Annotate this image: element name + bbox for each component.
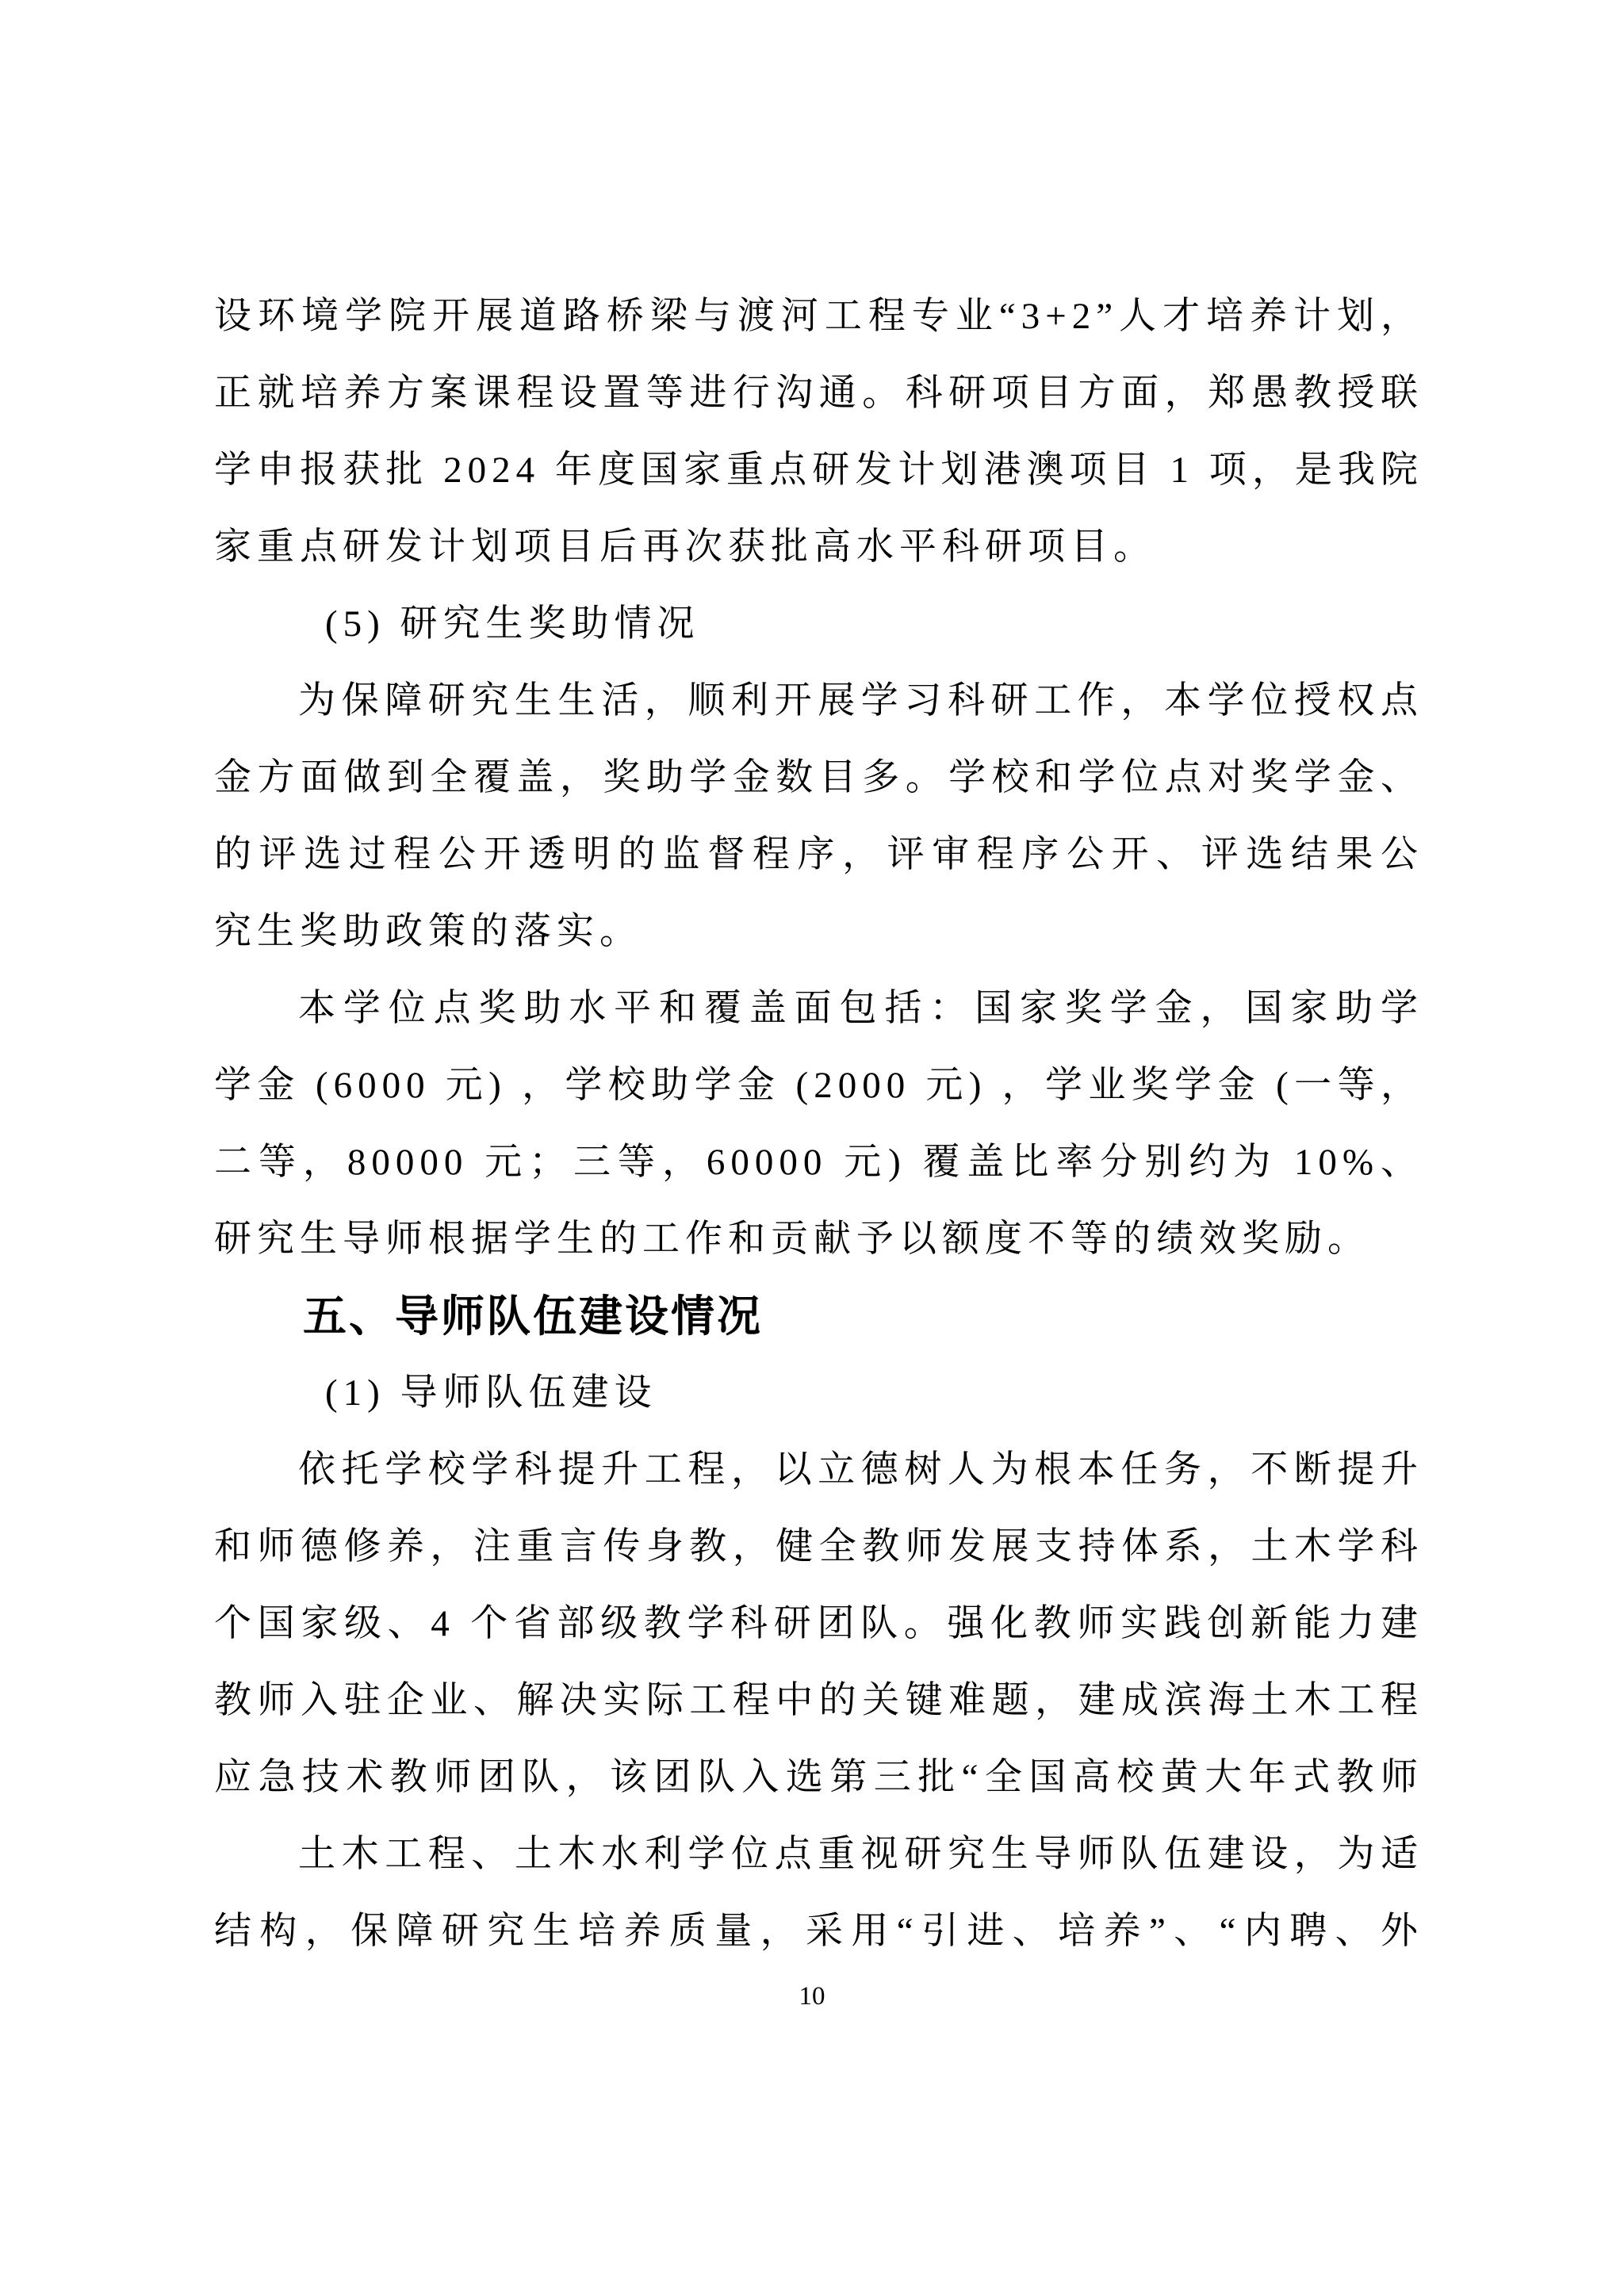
- text-line: 设环境学院开展道路桥梁与渡河工程专业“3+2”人才培养计划，双方现: [214, 278, 1423, 355]
- text-line: 个国家级、4 个省部级教学科研团队。强化教师实践创新能力建设，鼓励: [214, 1586, 1423, 1663]
- text-line: 的评选过程公开透明的监督程序，评审程序公开、评选结果公示，确保研: [214, 817, 1423, 894]
- text-line: 本学位点奖助水平和覆盖面包括：国家奖学金，国家助学金，新生助: [214, 970, 1423, 1047]
- text-line: 正就培养方案课程设置等进行沟通。科研项目方面，郑愚教授联合澳门大: [214, 355, 1423, 432]
- text-line: 二等，80000 元；三等，60000 元) 覆盖比率分别约为 10%、30%、…: [214, 1124, 1423, 1201]
- text-line: 家重点研发计划项目后再次获批高水平科研项目。: [214, 509, 1423, 586]
- subsection-heading: (1) 导师队伍建设: [214, 1355, 1423, 1432]
- section-heading: 五、导师队伍建设情况: [214, 1278, 1423, 1355]
- text-line: 学申报获批 2024 年度国家重点研发计划港澳项目 1 项，是我院继主持国: [214, 432, 1423, 509]
- document-page: 设环境学院开展道路桥梁与渡河工程专业“3+2”人才培养计划，双方现 正就培养方案…: [0, 0, 1624, 2296]
- text-line: 教师入驻企业、解决实际工程中的关键难题，建成滨海土木工程智慧防灾: [214, 1663, 1423, 1739]
- text-line: 金方面做到全覆盖，奖助学金数目多。学校和学位点对奖学金、助学金等: [214, 740, 1423, 817]
- subsection-heading: (5) 研究生奖助情况: [214, 586, 1423, 663]
- text-line: 结构，保障研究生培养质量，采用“引进、培养”、“内聘、外聘”等方: [214, 1893, 1423, 1970]
- text-block: 设环境学院开展道路桥梁与渡河工程专业“3+2”人才培养计划，双方现 正就培养方案…: [214, 278, 1423, 1970]
- text-line: 研究生导师根据学生的工作和贡献予以额度不等的绩效奖励。: [214, 1201, 1423, 1278]
- text-line: 为保障研究生生活，顺利开展学习科研工作，本学位授权点在奖助学: [214, 663, 1423, 740]
- page-number: 10: [0, 1980, 1624, 2012]
- text-line: 依托学校学科提升工程，以立德树人为根本任务，不断提升政治素养: [214, 1432, 1423, 1509]
- text-line: 究生奖助政策的落实。: [214, 894, 1423, 970]
- text-line: 学金 (6000 元) ，学校助学金 (2000 元) ，学业奖学金 (一等，1…: [214, 1047, 1423, 1124]
- text-line: 应急技术教师团队，该团队入选第三批“全国高校黄大年式教师团队”。: [214, 1739, 1423, 1816]
- text-line: 和师德修养，注重言传身教，健全教师发展支持体系，土木学科拥有 1: [214, 1509, 1423, 1586]
- text-line: 土木工程、土木水利学位点重视研究生导师队伍建设，为适应多学科: [214, 1816, 1423, 1893]
